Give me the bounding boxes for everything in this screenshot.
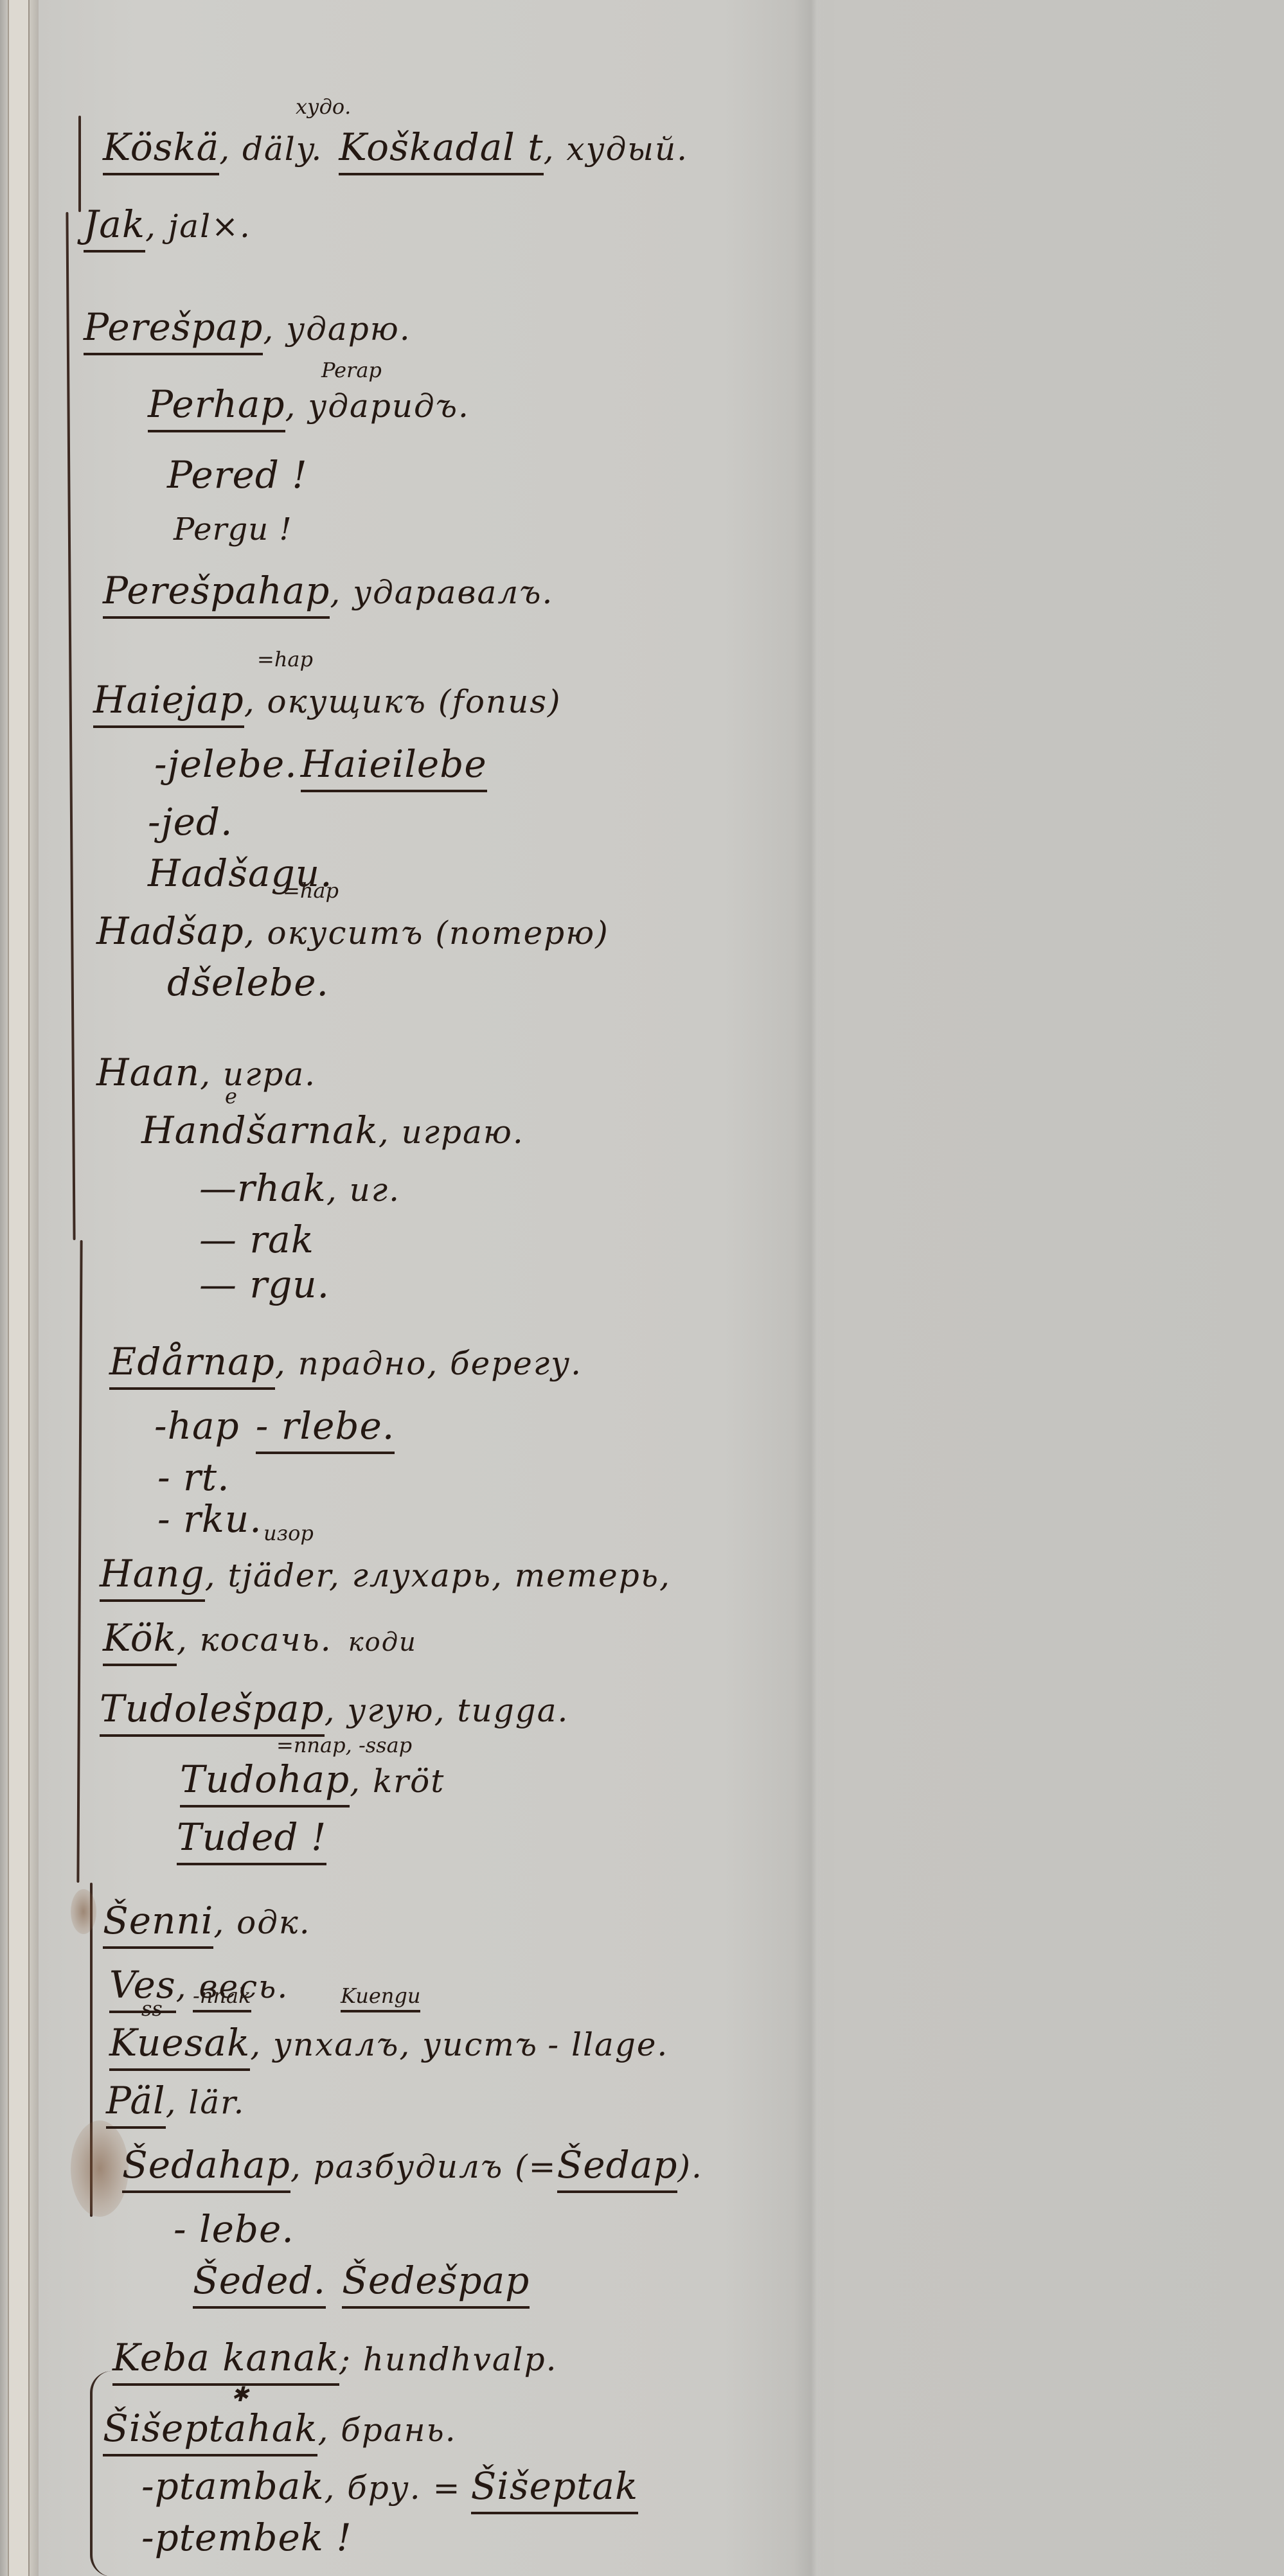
binding-strip — [8, 0, 30, 2576]
gloss: , tjäder, глухарь, тетерь, — [205, 1557, 671, 1594]
gloss: , däly. — [219, 130, 323, 168]
headword-form: - rku. — [157, 1500, 262, 1538]
headword-form: — rgu. — [199, 1266, 330, 1303]
superscript-note: e — [225, 1086, 237, 1106]
gloss: ; hundhvalp. — [339, 2341, 558, 2378]
gloss: , угую, tugga. — [325, 1692, 569, 1729]
gloss: , lär. — [166, 2084, 245, 2121]
page-fold — [794, 0, 832, 2576]
superscript-note: =nnap, -ssap — [276, 1735, 412, 1755]
headword: Šenni — [103, 1899, 213, 1949]
margin-rule — [76, 1240, 82, 1883]
headword: Kök — [103, 1616, 177, 1666]
margin-rule — [78, 116, 81, 212]
headword-form: -jelebe. — [154, 742, 298, 786]
gloss: , одк. — [213, 1904, 310, 1941]
gloss: , игра. — [200, 1056, 316, 1093]
superscript-note: -nnak — [193, 1985, 251, 2012]
headword-form: Pergu ! — [174, 514, 292, 545]
gloss: ). — [677, 2148, 702, 2185]
headword: Šišeptahak — [103, 2406, 317, 2456]
headword-form: - rt. — [157, 1459, 230, 1496]
ink-stain — [71, 1889, 96, 1934]
headword: Šedahap — [122, 2143, 290, 2193]
headword-form: — rak — [199, 1221, 314, 1258]
headword: Perešpahap — [103, 569, 330, 619]
gloss: , брань. — [317, 2412, 456, 2449]
headword-derived: Šišeptak — [471, 2464, 639, 2514]
headword-form: -jed. — [148, 803, 233, 840]
headword-form: dšelebe. — [167, 964, 329, 1001]
headword: Haiejap — [93, 678, 244, 728]
headword: Handšarnak — [141, 1108, 379, 1152]
headword: Hang — [100, 1552, 205, 1602]
gloss: , kröt — [350, 1763, 445, 1800]
superscript-note: худо. — [296, 96, 351, 117]
gloss: , иг. — [326, 1171, 400, 1209]
book-binding — [0, 0, 39, 2576]
gloss: , окущикъ (fonus) — [244, 683, 562, 720]
gloss: , худый. — [544, 130, 689, 168]
headword-form: -hap — [154, 1404, 240, 1448]
gloss: , окуситъ (потерю) — [244, 914, 609, 952]
superscript-note: =hap — [257, 649, 313, 670]
gloss: , косачь. — [177, 1621, 332, 1658]
gloss: , ударавалъ. — [330, 574, 553, 611]
superscript-note: ss — [141, 1998, 163, 2019]
gloss: , играю. — [379, 1114, 524, 1151]
headword: Tudolešpap — [100, 1687, 325, 1737]
asterisk-mark: ✱ — [231, 2384, 249, 2404]
headword: Jak — [84, 202, 145, 253]
headword-derived: Šedešpap — [342, 2259, 530, 2309]
headword-form: Tuded ! — [177, 1815, 326, 1865]
side-note: коди — [348, 1628, 417, 1657]
headword: Haan — [96, 1051, 200, 1094]
headword: Köskä — [103, 125, 219, 175]
headword: Keba kanak — [112, 2336, 339, 2386]
headword-form: Šeded. — [193, 2259, 326, 2309]
gloss: , упхалъ, уистъ — [250, 2026, 538, 2063]
headword-form: -ptambak — [141, 2464, 324, 2508]
manuscript-page: Köskä, däly. Koškadal t, худый. худо. Ja… — [39, 0, 1284, 2576]
superscript-note: Perap — [321, 360, 382, 380]
margin-rule — [66, 212, 75, 1240]
headword: Perešpap — [84, 305, 263, 355]
side-note: - llage. — [548, 2026, 668, 2063]
bracket-mark — [90, 2371, 112, 2576]
headword: Hadšap — [96, 909, 244, 953]
superscript-note: изор — [263, 1523, 314, 1543]
headword: Päl — [106, 2079, 166, 2129]
headword-form: -ptembek ! — [141, 2519, 352, 2556]
gloss: , разбудилъ (= — [290, 2148, 557, 2185]
headword-form: Pered ! — [167, 456, 308, 493]
superscript-note: Kuengu — [341, 1985, 420, 2012]
headword: Kuesak — [109, 2021, 250, 2071]
headword: Edårnap — [109, 1340, 275, 1390]
headword-form: —rhak — [199, 1166, 326, 1210]
ink-stain — [71, 2120, 129, 2217]
headword: Perhap — [148, 382, 285, 432]
gloss: , прадно, берегу. — [275, 1345, 582, 1382]
headword: Tudohap — [180, 1757, 350, 1808]
headword-derived: Koškadal t — [339, 125, 543, 175]
gloss: , бру. = — [324, 2469, 461, 2507]
headword-derived: - rlebe. — [256, 1404, 395, 1454]
superscript-note: =hap — [283, 880, 339, 901]
gloss: , ударю. — [263, 310, 411, 348]
headword-derived: Šedap — [557, 2143, 678, 2193]
headword-form: - lebe. — [174, 2210, 294, 2248]
gloss: , ударидъ. — [285, 387, 470, 425]
gloss: , jal×. — [145, 208, 251, 245]
headword-derived: Haieilebe — [301, 742, 487, 792]
